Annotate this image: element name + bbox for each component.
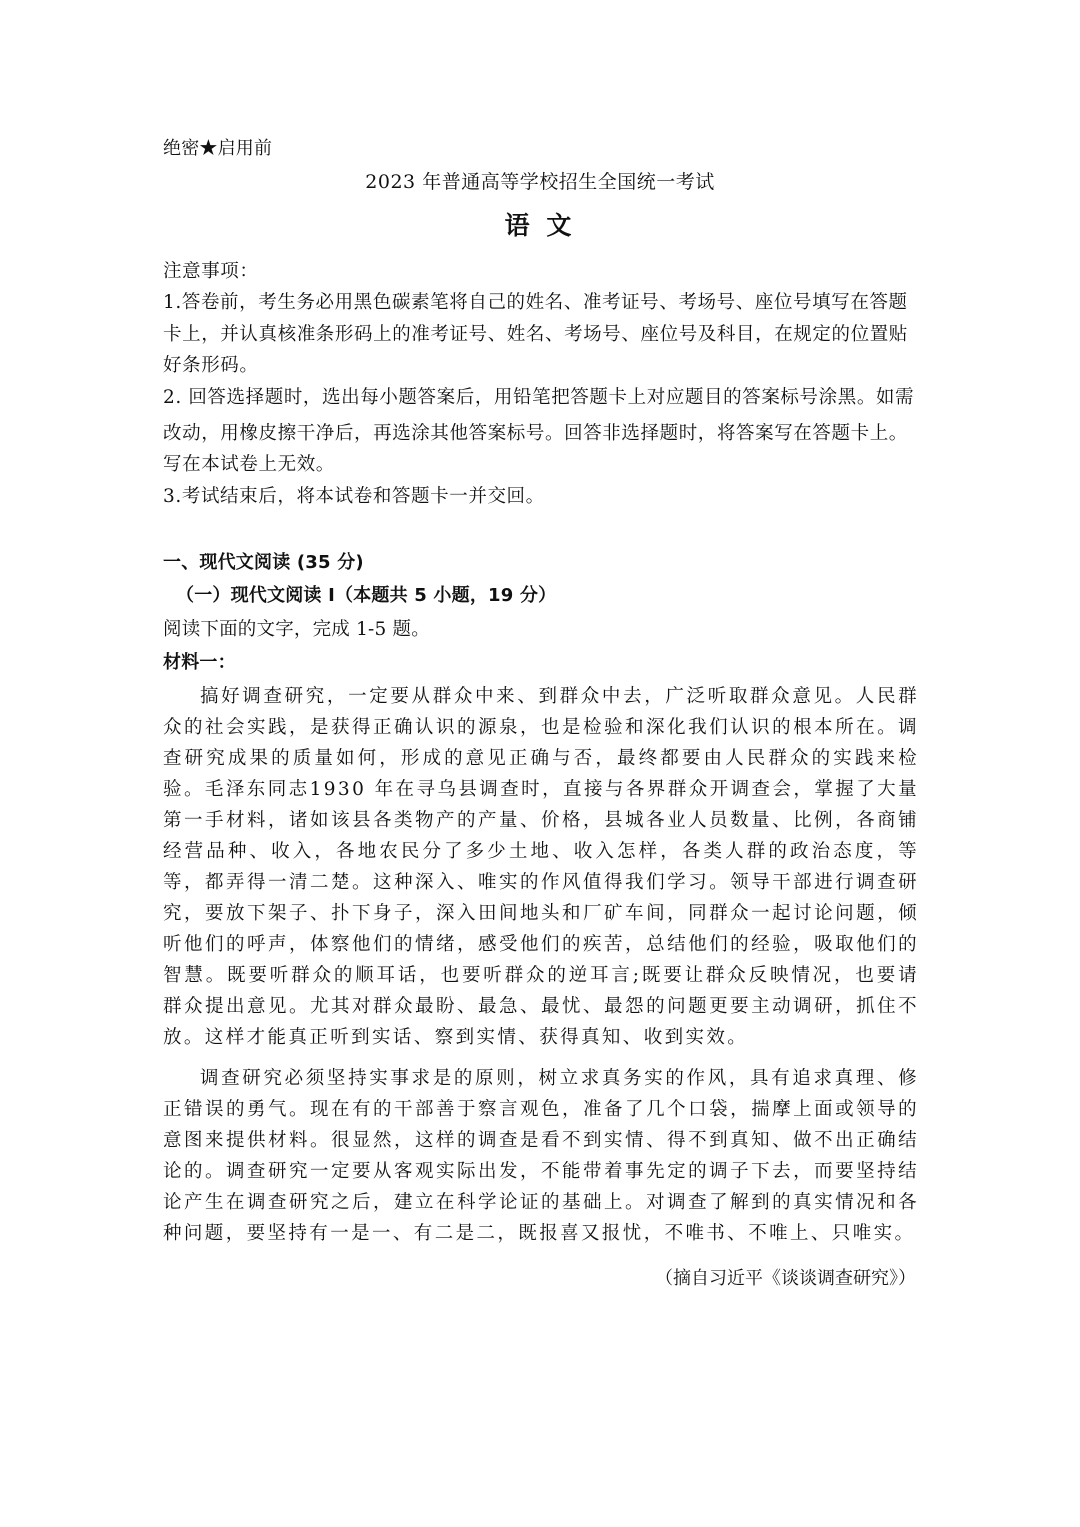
- subject-title: 语 文: [0, 210, 1080, 242]
- notes-line-3: 好条形码。: [163, 353, 259, 379]
- notes-line-1: 1.答卷前，考生务必用黑色碳素笔将自己的姓名、准考证号、考场号、座位号填写在答题: [163, 290, 908, 316]
- notes-line-6: 写在本试卷上无效。: [163, 452, 335, 478]
- confidential-mark: 绝密★启用前: [163, 136, 272, 162]
- notes-line-4: 2. 回答选择题时，选出每小题答案后，用铅笔把答题卡上对应题目的答案标号涂黑。如…: [163, 385, 914, 411]
- material-paragraph-1: 搞好调查研究，一定要从群众中来、到群众中去，广泛听取群众意见。人民群众的社会实践…: [163, 681, 919, 1053]
- reading-instruction: 阅读下面的文字，完成 1-5 题。: [163, 617, 430, 643]
- notes-line-2: 卡上，并认真核准条形码上的准考证号、姓名、考场号、座位号及科目，在规定的位置贴: [163, 322, 908, 348]
- material-paragraph-2: 调查研究必须坚持实事求是的原则，树立求真务实的作风，具有追求真理、修正错误的勇气…: [163, 1063, 919, 1249]
- exam-title: 2023 年普通高等学校招生全国统一考试: [0, 169, 1080, 195]
- notes-heading: 注意事项：: [163, 259, 259, 285]
- subsection-title: （一）现代文阅读 I（本题共 5 小题，19 分）: [176, 583, 556, 609]
- material-source: （摘自习近平《谈谈调查研究》）: [655, 1266, 916, 1292]
- notes-line-7: 3.考试结束后，将本试卷和答题卡一并交回。: [163, 484, 545, 510]
- section-title: 一、现代文阅读 (35 分): [163, 550, 364, 576]
- notes-line-5: 改动，用橡皮擦干净后，再选涂其他答案标号。回答非选择题时，将答案写在答题卡上。: [163, 421, 908, 447]
- exam-page: 绝密★启用前 2023 年普通高等学校招生全国统一考试 语 文 注意事项： 1.…: [0, 0, 1080, 1527]
- material-label: 材料一：: [163, 650, 236, 676]
